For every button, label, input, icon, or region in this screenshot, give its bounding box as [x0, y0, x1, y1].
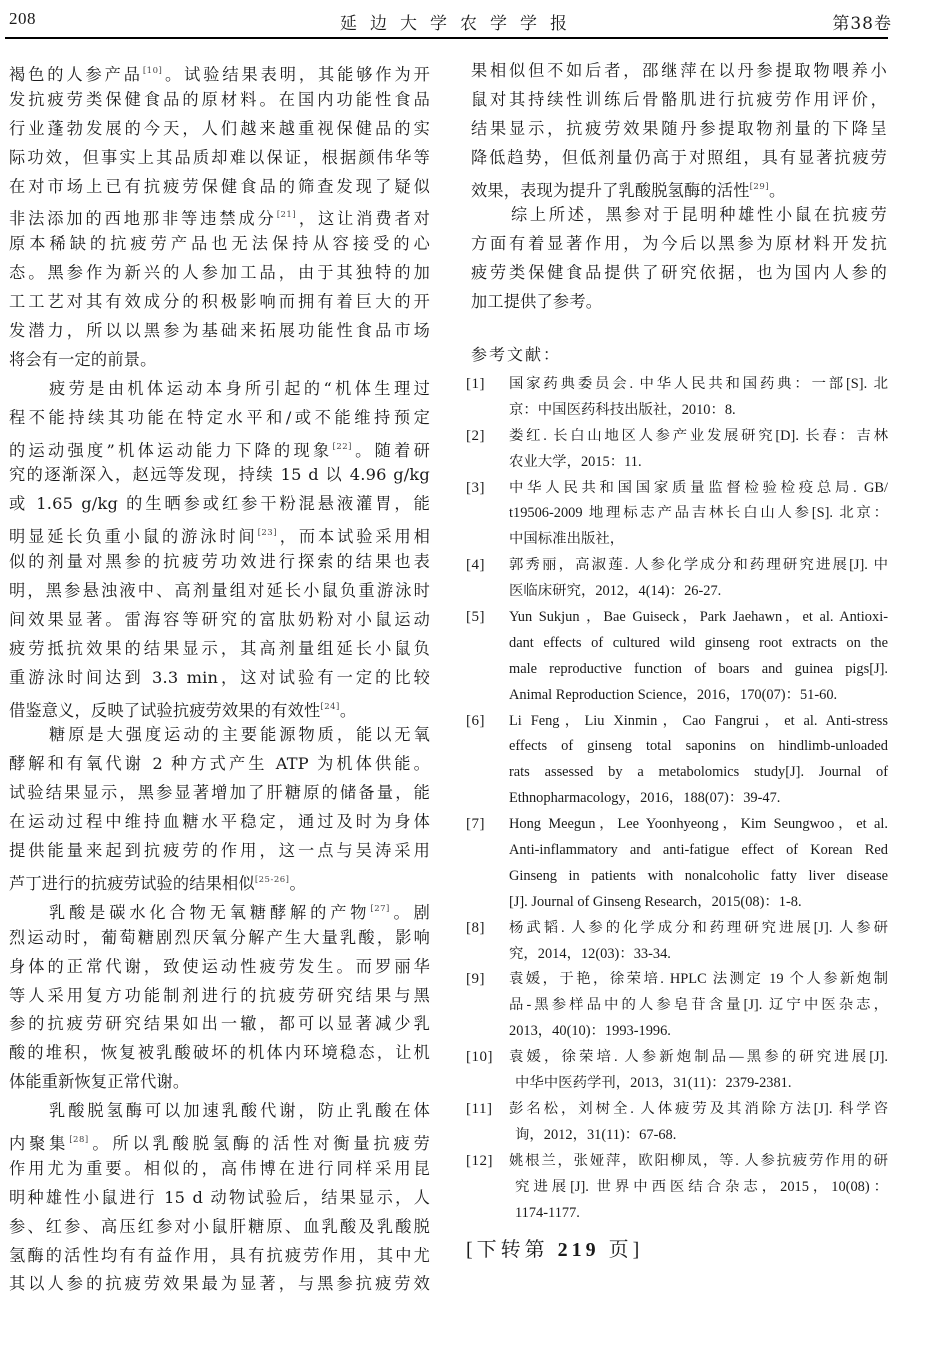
text-line: 程不能持续其功能在特定水平和/或不能维持预定: [9, 404, 430, 433]
line-text-after: 。: [289, 874, 305, 893]
line-text: 的运动强度”机体运动能力下降的现象: [9, 441, 333, 460]
reference-line: Anti-inflammatory and anti-fatigue effec…: [509, 838, 888, 864]
text-line: 芦丁进行的抗疲劳试验的结果相似[25-26]。: [9, 866, 430, 895]
text-line: 似的剂量对黑参的抗疲劳功效进行探索的结果也表: [9, 548, 430, 577]
text-line: 的运动强度”机体运动能力下降的现象[22]。随着研: [9, 433, 430, 462]
reference-line: 京：中国医药科技出版社，2010：8.: [509, 398, 888, 424]
line-text-after: ，而本试验采用相: [277, 527, 430, 546]
reference-number: [8]: [466, 916, 508, 942]
text-line: 或 1.65 g/kg 的生晒参或红参干粉混悬液灌胃，能: [9, 490, 430, 519]
reference-item: [4]郭秀丽，高淑莲. 人参化学成分和药理研究进展[J]. 中医临床研究，201…: [466, 553, 888, 605]
text-line: 借鉴意义，反映了试验抗疲劳效果的有效性[24]。: [9, 693, 430, 722]
reference-list: [1]国家药典委员会. 中华人民共和国药典：一部[S]. 北京：中国医药科技出版…: [466, 372, 888, 1226]
line-text: 原本稀缺的抗疲劳产品也无法保持从容接受的心: [9, 234, 430, 253]
reference-line: 究进展[J]. 世界中西医结合杂志，2015，10(08)：: [515, 1175, 888, 1201]
text-line: 究的逐渐深入，赵远等发现，持续 15 d 以 4.96 g/kg: [9, 461, 430, 490]
reference-number: [1]: [466, 372, 508, 398]
line-text: 或 1.65 g/kg 的生晒参或红参干粉混悬液灌胃，能: [9, 494, 430, 513]
text-line: 糖原是大强度运动的主要能源物质，能以无氧: [9, 721, 430, 750]
reference-number: [3]: [466, 476, 508, 502]
reference-line: dant effects of cultured wild ginseng ro…: [509, 631, 888, 657]
right-column-body: 果相似但不如后者，邵继萍在以丹参提取物喂养小鼠对其持续性训练后骨骼肌进行抗疲劳作…: [471, 57, 887, 317]
text-line: 参、红参、高压红参对小鼠肝糖原、血乳酸及乳酸脱: [9, 1213, 430, 1242]
line-text: 发抗疲劳类保健食品的原材料。在国内功能性食品: [9, 90, 430, 109]
reference-line: 中华人民共和国国家质量监督检验检疫总局. GB/: [509, 476, 888, 502]
text-line: 将会有一定的前景。: [9, 346, 430, 375]
page-number: 208: [9, 9, 36, 29]
line-text: 果相似但不如后者，邵继萍在以丹参提取物喂养小: [471, 61, 887, 80]
text-line: 其以人参的抗疲劳效果最为显著，与黑参抗疲劳效: [9, 1270, 430, 1299]
line-text: 在运动过程中维持血糖水平稳定，通过及时为身体: [9, 812, 430, 831]
text-line: 效果，表现为提升了乳酸脱氢酶的活性[29]。: [471, 173, 887, 202]
text-line: 明，黑参悬浊液中、高剂量组对延长小鼠负重游泳时: [9, 577, 430, 606]
line-text: 加工提供了参考。: [471, 292, 602, 311]
line-text-after: 。试验结果表明，其能够作为开: [162, 65, 430, 84]
reference-number: [6]: [466, 709, 508, 735]
text-line: 在运动过程中维持血糖水平稳定，通过及时为身体: [9, 808, 430, 837]
reference-line: Li Feng，Liu Xinmin，Cao Fangrui，et al. An…: [509, 709, 888, 735]
line-text: 重游泳时间达到 3.3 min，这对试验有一定的比较: [9, 668, 430, 687]
line-text-after: 。: [769, 181, 785, 200]
text-line: 乳酸脱氢酶可以加速乳酸代谢，防止乳酸在体: [9, 1097, 430, 1126]
line-text: 糖原是大强度运动的主要能源物质，能以无氧: [49, 725, 430, 744]
line-text-after: 。随着研: [352, 441, 430, 460]
line-text: 作用尤为重要。相似的，高伟博在进行同样采用昆: [9, 1159, 430, 1178]
reference-line: 杨武韬. 人参的化学成分和药理研究进展[J]. 人参研: [509, 916, 888, 942]
text-line: 态。黑参作为新兴的人参加工品，由于其独特的加: [9, 259, 430, 288]
line-text: 内聚集: [9, 1134, 69, 1153]
reference-item: [9]袁媛，于艳，徐荣培. HPLC 法测定 19 个人参新炮制品-黑参样品中的…: [466, 967, 888, 1045]
text-line: 酸的堆积，恢复被乳酸破坏的机体内环境稳态，让机: [9, 1039, 430, 1068]
text-line: 酵解和有氧代谢 2 种方式产生 ATP 为机体供能。: [9, 750, 430, 779]
reference-line: 袁媛，徐荣培. 人参新炮制品—黑参的研究进展[J].: [509, 1045, 888, 1071]
line-text: 烈运动时，葡萄糖剧烈厌氧分解产生大量乳酸，影响: [9, 928, 430, 947]
text-line: 结果显示，抗疲劳效果随丹参提取物剂量的下降呈: [471, 115, 887, 144]
text-line: 内聚集[28]。所以乳酸脱氢酶的活性对衡量抗疲劳: [9, 1126, 430, 1155]
line-text: 行业蓬勃发展的今天，人们越来越重视保健品的实: [9, 119, 430, 138]
reference-item: [7]Hong Meegun，Lee Yoonhyeong，Kim Seungw…: [466, 812, 888, 916]
left-column-body: 褐色的人参产品[10]。试验结果表明，其能够作为开发抗疲劳类保健食品的原材料。在…: [9, 57, 430, 1299]
reference-line: 娄红. 长白山地区人参产业发展研究[D]. 长春：吉林: [509, 424, 888, 450]
citation-marker[interactable]: [27]: [370, 904, 389, 914]
reference-line: 郭秀丽，高淑莲. 人参化学成分和药理研究进展[J]. 中: [509, 553, 888, 579]
reference-line: 袁媛，于艳，徐荣培. HPLC 法测定 19 个人参新炮制: [509, 967, 888, 993]
text-line: 提供能量来起到抗疲劳的作用，这一点与吴涛采用: [9, 837, 430, 866]
text-line: 在对市场上已有抗疲劳保健食品的筛查发现了疑似: [9, 173, 430, 202]
reference-number: [7]: [466, 812, 508, 838]
line-text: 褐色的人参产品: [9, 65, 143, 84]
text-line: 际功效，但事实上其品质却难以保证，根据颜伟华等: [9, 144, 430, 173]
line-text: 疲劳类保健食品提供了研究依据，也为国内人参的: [471, 263, 887, 282]
text-line: 明显延长负重小鼠的游泳时间[23]，而本试验采用相: [9, 519, 430, 548]
line-text: 疲劳是由机体运动本身所引起的“机体生理过: [49, 379, 430, 398]
text-line: 鼠对其持续性训练后骨骼肌进行抗疲劳作用评价，: [471, 86, 887, 115]
reference-line: 1174-1177.: [515, 1201, 888, 1227]
continued-on-page-note: [下转第 219 页]: [466, 1236, 643, 1264]
reference-item: [6]Li Feng，Liu Xinmin，Cao Fangrui，et al.…: [466, 709, 888, 813]
line-text: 乳酸脱氢酶可以加速乳酸代谢，防止乳酸在体: [49, 1101, 430, 1120]
page-header: 208 延边大学农学学报 第38卷: [0, 0, 950, 42]
line-text: 试验结果显示，黑参显著增加了肝糖原的储备量，能: [9, 783, 430, 802]
text-line: 褐色的人参产品[10]。试验结果表明，其能够作为开: [9, 57, 430, 86]
line-text: 借鉴意义，反映了试验抗疲劳效果的有效性: [9, 701, 320, 720]
citation-marker[interactable]: [22]: [333, 442, 352, 452]
line-text-after: 。所以乳酸脱氢酶的活性对衡量抗疲劳: [89, 1134, 430, 1153]
reference-line: 品-黑参样品中的人参皂苷含量[J]. 辽宁中医杂志，: [509, 993, 888, 1019]
reference-line: Animal Reproduction Science，2016，170(07)…: [509, 683, 888, 709]
line-text-after: ，这让消费者对: [296, 209, 430, 228]
citation-marker[interactable]: [10]: [143, 66, 162, 76]
text-line: 疲劳类保健食品提供了研究依据，也为国内人参的: [471, 259, 887, 288]
reference-line: t19506-2009 地理标志产品吉林长白山人参[S]. 北京：: [509, 501, 888, 527]
citation-marker[interactable]: [29]: [750, 182, 769, 192]
reference-line: 国家药典委员会. 中华人民共和国药典：一部[S]. 北: [509, 372, 888, 398]
text-line: 加工提供了参考。: [471, 288, 887, 317]
text-line: 乳酸是碳水化合物无氧糖酵解的产物[27]。剧: [9, 895, 430, 924]
reference-line: rats assessed by a metabolomics study[J]…: [509, 760, 888, 786]
line-text: 程不能持续其功能在特定水平和/或不能维持预定: [9, 408, 430, 427]
reference-number: [10]: [466, 1045, 508, 1071]
text-line: 原本稀缺的抗疲劳产品也无法保持从容接受的心: [9, 230, 430, 259]
line-text: 鼠对其持续性训练后骨骼肌进行抗疲劳作用评价，: [471, 90, 887, 109]
text-line: 疲劳是由机体运动本身所引起的“机体生理过: [9, 375, 430, 404]
reference-line: effects of ginseng total saponins on hin…: [509, 734, 888, 760]
line-text: 身体的正常代谢，致使运动性疲劳发生。而罗丽华: [9, 957, 430, 976]
reference-line: 医临床研究，2012，4(14)：26-27.: [509, 579, 888, 605]
reference-line: 2013，40(10)：1993-1996.: [509, 1019, 888, 1045]
reference-line: 中国标准出版社，: [509, 527, 888, 553]
reference-number: [5]: [466, 605, 508, 631]
text-line: 氢酶的活性均有有益作用，具有抗疲劳作用，其中尤: [9, 1242, 430, 1271]
reference-line: male reproductive function of boars and …: [509, 657, 888, 683]
line-text: 明种雄性小鼠进行 15 d 动物试验后，结果显示，人: [9, 1188, 430, 1207]
line-text: 非法添加的西地那非等违禁成分: [9, 209, 277, 228]
line-text: 间效果显著。雷海容等研究的富肽奶粉对小鼠运动: [9, 610, 430, 629]
line-text: 提供能量来起到抗疲劳的作用，这一点与吴涛采用: [9, 841, 430, 860]
line-text: 明显延长负重小鼠的游泳时间: [9, 527, 258, 546]
text-line: 等人采用复方功能制剂进行的抗疲劳研究结果与黑: [9, 982, 430, 1011]
journal-title: 延边大学农学学报: [300, 9, 620, 34]
citation-marker[interactable]: [25-26]: [255, 875, 290, 885]
reference-item: [12]姚根兰，张娅萍，欧阳柳凤，等. 人参抗疲劳作用的研究进展[J]. 世界中…: [466, 1149, 888, 1227]
text-line: 果相似但不如后者，邵继萍在以丹参提取物喂养小: [471, 57, 887, 86]
reference-line: 彭名松，刘树全. 人体疲劳及其消除方法[J]. 科学咨: [509, 1097, 888, 1123]
text-line: 发潜力，所以以黑参为基础来拓展功能性食品市场: [9, 317, 430, 346]
citation-marker[interactable]: [23]: [258, 528, 277, 538]
line-text: 酸的堆积，恢复被乳酸破坏的机体内环境稳态，让机: [9, 1043, 430, 1062]
text-line: 身体的正常代谢，致使运动性疲劳发生。而罗丽华: [9, 953, 430, 982]
line-text: 体能重新恢复正常代谢。: [9, 1072, 189, 1091]
reference-number: [11]: [466, 1097, 508, 1123]
citation-marker[interactable]: [28]: [69, 1135, 88, 1145]
line-text: 发潜力，所以以黑参为基础来拓展功能性食品市场: [9, 321, 430, 340]
reference-number: [9]: [466, 967, 508, 993]
line-text: 将会有一定的前景。: [9, 350, 157, 369]
reference-item: [3]中华人民共和国国家质量监督检验检疫总局. GB/t19506-2009 地…: [466, 476, 888, 554]
references-heading: 参考文献：: [471, 343, 561, 367]
text-line: 体能重新恢复正常代谢。: [9, 1068, 430, 1097]
reference-line: 农业大学，2015：11.: [509, 450, 888, 476]
line-text: 明，黑参悬浊液中、高剂量组对延长小鼠负重游泳时: [9, 581, 430, 600]
reference-line: Ginseng in patients with nonalcoholic fa…: [509, 864, 888, 890]
citation-marker[interactable]: [24]: [320, 702, 339, 712]
continued-suffix: 页]: [600, 1239, 644, 1261]
line-text: 综上所述，黑参对于昆明种雄性小鼠在抗疲劳: [511, 205, 887, 224]
citation-marker[interactable]: [21]: [277, 210, 296, 220]
text-line: 降低趋势，但低剂量仍高于对照组，具有显著抗疲劳: [471, 144, 887, 173]
reference-line: Hong Meegun，Lee Yoonhyeong，Kim Seungwoo，…: [509, 812, 888, 838]
reference-line: Yun Sukjun ，Bae Guiseck，Park Jaehawn，et …: [509, 605, 888, 631]
continued-page-number: 219: [558, 1239, 600, 1261]
line-text: 结果显示，抗疲劳效果随丹参提取物剂量的下降呈: [471, 119, 887, 138]
reference-item: [10]袁媛，徐荣培. 人参新炮制品—黑参的研究进展[J].中华中医药学刊，20…: [466, 1045, 888, 1097]
reference-item: [5]Yun Sukjun ，Bae Guiseck，Park Jaehawn，…: [466, 605, 888, 709]
line-text: 在对市场上已有抗疲劳保健食品的筛查发现了疑似: [9, 177, 430, 196]
reference-item: [1]国家药典委员会. 中华人民共和国药典：一部[S]. 北京：中国医药科技出版…: [466, 372, 888, 424]
line-text: 工工艺对其有效成分的积极影响而拥有着巨大的开: [9, 292, 430, 311]
continued-prefix: [下转第: [466, 1239, 558, 1261]
reference-line: [J]. Journal of Ginseng Research，2015(08…: [509, 890, 888, 916]
text-line: 作用尤为重要。相似的，高伟博在进行同样采用昆: [9, 1155, 430, 1184]
reference-number: [2]: [466, 424, 508, 450]
line-text: 方面有着显著作用，为今后以黑参为原材料开发抗: [471, 234, 887, 253]
text-line: 明种雄性小鼠进行 15 d 动物试验后，结果显示，人: [9, 1184, 430, 1213]
line-text: 效果，表现为提升了乳酸脱氢酶的活性: [471, 181, 750, 200]
text-line: 方面有着显著作用，为今后以黑参为原材料开发抗: [471, 230, 887, 259]
line-text: 等人采用复方功能制剂进行的抗疲劳研究结果与黑: [9, 986, 430, 1005]
text-line: 综上所述，黑参对于昆明种雄性小鼠在抗疲劳: [471, 201, 887, 230]
line-text-after: 。: [340, 701, 356, 720]
reference-number: [4]: [466, 553, 508, 579]
line-text: 乳酸是碳水化合物无氧糖酵解的产物: [49, 903, 370, 922]
text-line: 烈运动时，葡萄糖剧烈厌氧分解产生大量乳酸，影响: [9, 924, 430, 953]
text-line: 行业蓬勃发展的今天，人们越来越重视保健品的实: [9, 115, 430, 144]
line-text: 降低趋势，但低剂量仍高于对照组，具有显著抗疲劳: [471, 148, 887, 167]
line-text-after: 。剧: [390, 903, 430, 922]
reference-line: 姚根兰，张娅萍，欧阳柳凤，等. 人参抗疲劳作用的研: [509, 1149, 888, 1175]
line-text: 参的抗疲劳研究结果如出一辙，都可以显著减少乳: [9, 1014, 430, 1033]
text-line: 试验结果显示，黑参显著增加了肝糖原的储备量，能: [9, 779, 430, 808]
text-line: 工工艺对其有效成分的积极影响而拥有着巨大的开: [9, 288, 430, 317]
line-text: 际功效，但事实上其品质却难以保证，根据颜伟华等: [9, 148, 430, 167]
text-line: 参的抗疲劳研究结果如出一辙，都可以显著减少乳: [9, 1010, 430, 1039]
header-rule: [5, 37, 888, 39]
reference-line: 询，2012，31(11)：67-68.: [515, 1123, 888, 1149]
line-text: 似的剂量对黑参的抗疲劳功效进行探索的结果也表: [9, 552, 430, 571]
text-line: 间效果显著。雷海容等研究的富肽奶粉对小鼠运动: [9, 606, 430, 635]
line-text: 其以人参的抗疲劳效果最为显著，与黑参抗疲劳效: [9, 1274, 430, 1293]
line-text: 芦丁进行的抗疲劳试验的结果相似: [9, 874, 255, 893]
text-line: 发抗疲劳类保健食品的原材料。在国内功能性食品: [9, 86, 430, 115]
text-line: 重游泳时间达到 3.3 min，这对试验有一定的比较: [9, 664, 430, 693]
reference-number: [12]: [466, 1149, 508, 1175]
line-text: 究的逐渐深入，赵远等发现，持续 15 d 以 4.96 g/kg: [9, 465, 430, 484]
line-text: 参、红参、高压红参对小鼠肝糖原、血乳酸及乳酸脱: [9, 1217, 430, 1236]
reference-item: [8]杨武韬. 人参的化学成分和药理研究进展[J]. 人参研究，2014，12(…: [466, 916, 888, 968]
line-text: 酵解和有氧代谢 2 种方式产生 ATP 为机体供能。: [9, 754, 430, 773]
reference-line: 中华中医药学刊，2013，31(11)：2379-2381.: [515, 1071, 888, 1097]
reference-line: Ethnopharmacology，2016，188(07)：39-47.: [509, 786, 888, 812]
text-line: 疲劳抵抗效果的结果显示，其高剂量组延长小鼠负: [9, 635, 430, 664]
line-text: 疲劳抵抗效果的结果显示，其高剂量组延长小鼠负: [9, 639, 430, 658]
text-line: 非法添加的西地那非等违禁成分[21]，这让消费者对: [9, 201, 430, 230]
line-text: 态。黑参作为新兴的人参加工品，由于其独特的加: [9, 263, 430, 282]
reference-line: 究，2014，12(03)：33-34.: [509, 942, 888, 968]
line-text: 氢酶的活性均有有益作用，具有抗疲劳作用，其中尤: [9, 1246, 430, 1265]
reference-item: [2]娄红. 长白山地区人参产业发展研究[D]. 长春：吉林农业大学，2015：…: [466, 424, 888, 476]
volume-label: 第38卷: [832, 9, 892, 34]
reference-item: [11]彭名松，刘树全. 人体疲劳及其消除方法[J]. 科学咨询，2012，31…: [466, 1097, 888, 1149]
